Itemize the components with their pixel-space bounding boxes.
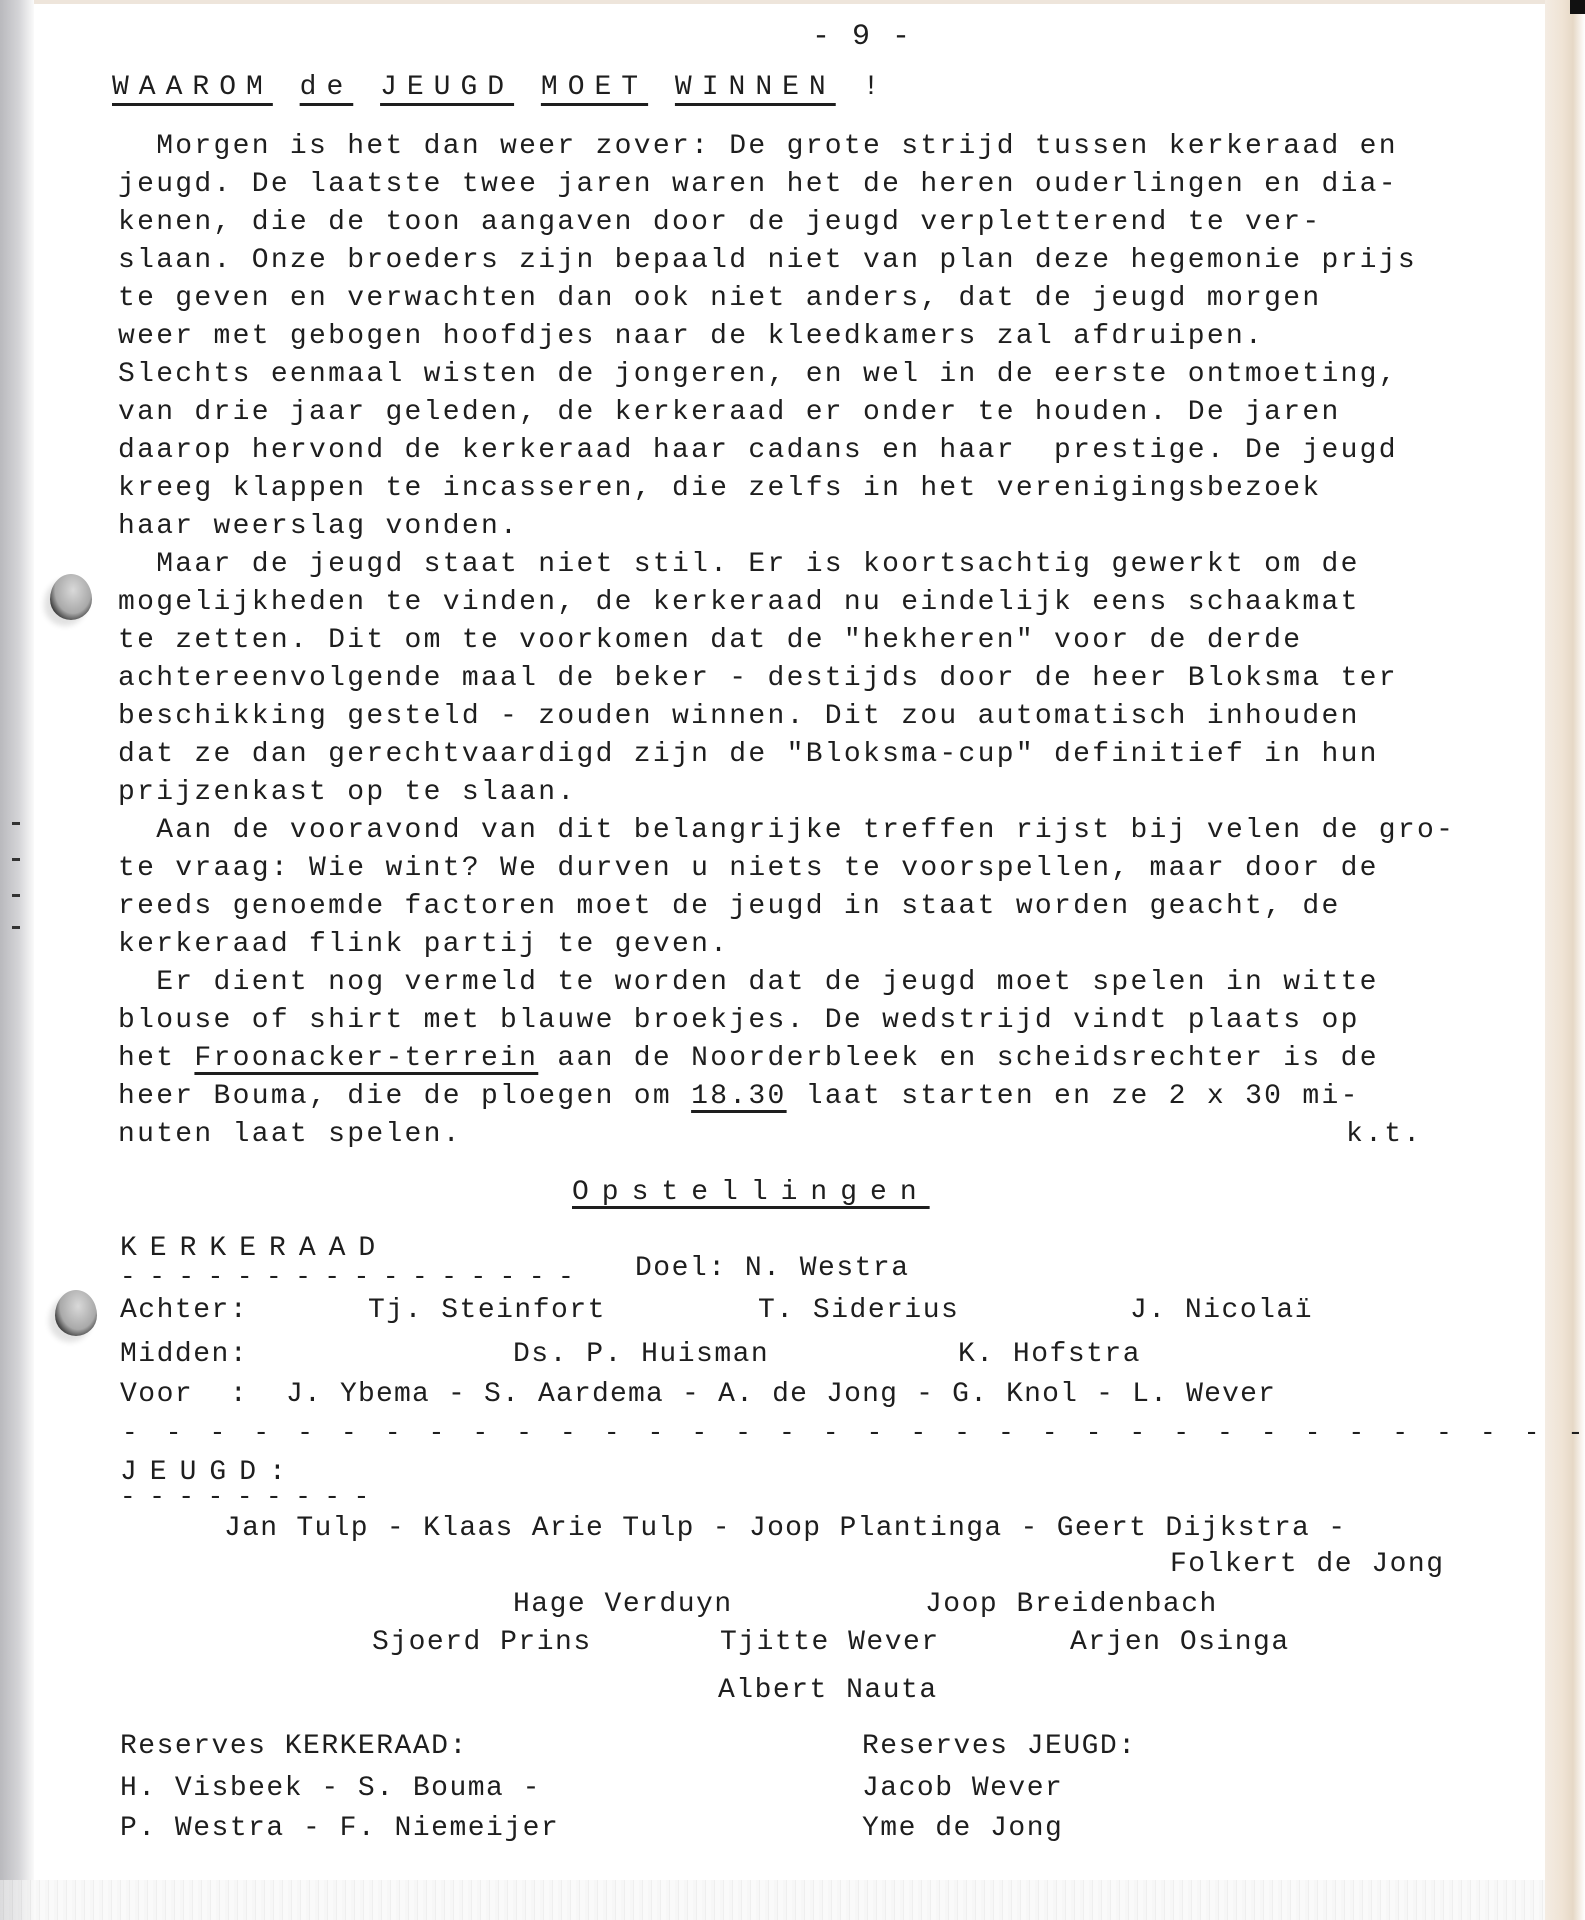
article-line: van drie jaar geleden, de kerkeraad er o… — [118, 394, 1518, 432]
section-separator: - - - - - - - - - - - - - - - - - - - - … — [122, 1418, 1585, 1448]
title-exclamation: ! — [863, 72, 890, 103]
article-body: Morgen is het dan weer zover: De grote s… — [118, 128, 1518, 1154]
article-line: Aan de vooravond van dit belangrijke tre… — [118, 812, 1518, 850]
page-right-edge — [1545, 0, 1585, 1920]
article-line: Morgen is het dan weer zover: De grote s… — [118, 128, 1518, 166]
article-line: daarop hervond de kerkeraad haar cadans … — [118, 432, 1518, 470]
article-line: prijzenkast op te slaan. — [118, 774, 1518, 812]
kerkeraad-label: KERKERAAD — [120, 1234, 388, 1264]
article-line: mogelijkheden te vinden, de kerkeraad nu… — [118, 584, 1518, 622]
player: Hage Verduyn — [513, 1590, 733, 1620]
article-line: kreeg klappen te incasseren, die zelfs i… — [118, 470, 1518, 508]
article-line: te geven en verwachten dan ook niet ande… — [118, 280, 1518, 318]
article-line: Er dient nog vermeld te worden dat de je… — [118, 964, 1518, 1002]
margin-mark — [12, 926, 20, 929]
jeugd-forwards-cont: Folkert de Jong — [1170, 1550, 1445, 1580]
article-title: WAAROM de JEUGD MOET WINNEN ! — [112, 72, 889, 103]
punch-hole-icon — [55, 1290, 97, 1336]
reserve-line: Yme de Jong — [862, 1814, 1063, 1844]
title-word: JEUGD — [380, 72, 514, 103]
venue-name: Froonacker-terrein — [194, 1043, 538, 1074]
reserve-line: Jacob Wever — [862, 1774, 1063, 1804]
article-line: kerkeraad flink partij te geven. — [118, 926, 1518, 964]
article-line: weer met gebogen hoofdjes naar de kleedk… — [118, 318, 1518, 356]
jeugd-forwards: Jan Tulp - Klaas Arie Tulp - Joop Planti… — [224, 1514, 1346, 1544]
player: K. Hofstra — [958, 1340, 1141, 1370]
kerkeraad-underline: - - - - - - - - - - - - - - - - — [120, 1262, 573, 1292]
jeugd-keeper: Albert Nauta — [718, 1676, 938, 1706]
player: Tjitte Wever — [720, 1628, 940, 1658]
title-word: WINNEN — [675, 72, 836, 103]
article-line-last: nuten laat spelen.k.t. — [118, 1116, 1518, 1154]
scan-left-shadow — [0, 0, 34, 1920]
punch-hole-icon — [50, 574, 92, 620]
article-line: jeugd. De laatste twee jaren waren het d… — [118, 166, 1518, 204]
kerkeraad-doel: Doel: N. Westra — [635, 1254, 910, 1284]
article-line: slaan. Onze broeders zijn bepaald niet v… — [118, 242, 1518, 280]
article-line: Slechts eenmaal wisten de jongeren, en w… — [118, 356, 1518, 394]
article-line: dat ze dan gerechtvaardigd zijn de "Blok… — [118, 736, 1518, 774]
page-top-edge — [0, 0, 1545, 4]
article-line: kenen, die de toon aangaven door de jeug… — [118, 204, 1518, 242]
margin-mark — [12, 894, 20, 897]
achter-label: Achter: — [120, 1296, 248, 1326]
article-line: Maar de jeugd staat niet stil. Er is koo… — [118, 546, 1518, 584]
article-line-venue: het Froonacker-terrein aan de Noorderble… — [118, 1040, 1518, 1078]
jeugd-underline: - - - - - - - - - — [120, 1482, 368, 1512]
margin-mark — [12, 858, 20, 861]
title-word: de — [300, 72, 354, 103]
player: J. Nicolaï — [1130, 1296, 1313, 1326]
article-line-time: heer Bouma, die de ploegen om 18.30 laat… — [118, 1078, 1518, 1116]
reserve-line: P. Westra - F. Niemeijer — [120, 1814, 559, 1844]
scan-bottom-noise — [0, 1880, 1545, 1920]
article-line: achtereenvolgende maal de beker - destij… — [118, 660, 1518, 698]
scan-corner — [1570, 0, 1585, 14]
title-word: MOET — [541, 72, 648, 103]
player: Ds. P. Huisman — [513, 1340, 769, 1370]
article-line: beschikking gesteld - zouden winnen. Dit… — [118, 698, 1518, 736]
voor-players: J. Ybema - S. Aardema - A. de Jong - G. … — [286, 1380, 1276, 1410]
article-line: haar weerslag vonden. — [118, 508, 1518, 546]
article-line: te vraag: Wie wint? We durven u niets te… — [118, 850, 1518, 888]
player: Arjen Osinga — [1070, 1628, 1290, 1658]
reserve-line: H. Visbeek - S. Bouma - — [120, 1774, 541, 1804]
voor-label: Voor : — [120, 1380, 248, 1410]
midden-label: Midden: — [120, 1340, 248, 1370]
author-initials: k.t. — [1346, 1116, 1422, 1154]
player: Tj. Steinfort — [368, 1296, 606, 1326]
title-word: WAAROM — [112, 72, 273, 103]
kickoff-time: 18.30 — [691, 1081, 787, 1112]
article-line: te zetten. Dit om te voorkomen dat de "h… — [118, 622, 1518, 660]
player: Sjoerd Prins — [372, 1628, 592, 1658]
player: Joop Breidenbach — [925, 1590, 1218, 1620]
page-number: - 9 - — [812, 20, 912, 54]
player: T. Siderius — [758, 1296, 959, 1326]
margin-mark — [12, 822, 20, 825]
article-line: reeds genoemde factoren moet de jeugd in… — [118, 888, 1518, 926]
article-line: blouse of shirt met blauwe broekjes. De … — [118, 1002, 1518, 1040]
reserves-kerkeraad-label: Reserves KERKERAAD: — [120, 1732, 468, 1762]
reserves-jeugd-label: Reserves JEUGD: — [862, 1732, 1137, 1762]
lineups-heading: Opstellingen — [572, 1178, 930, 1208]
